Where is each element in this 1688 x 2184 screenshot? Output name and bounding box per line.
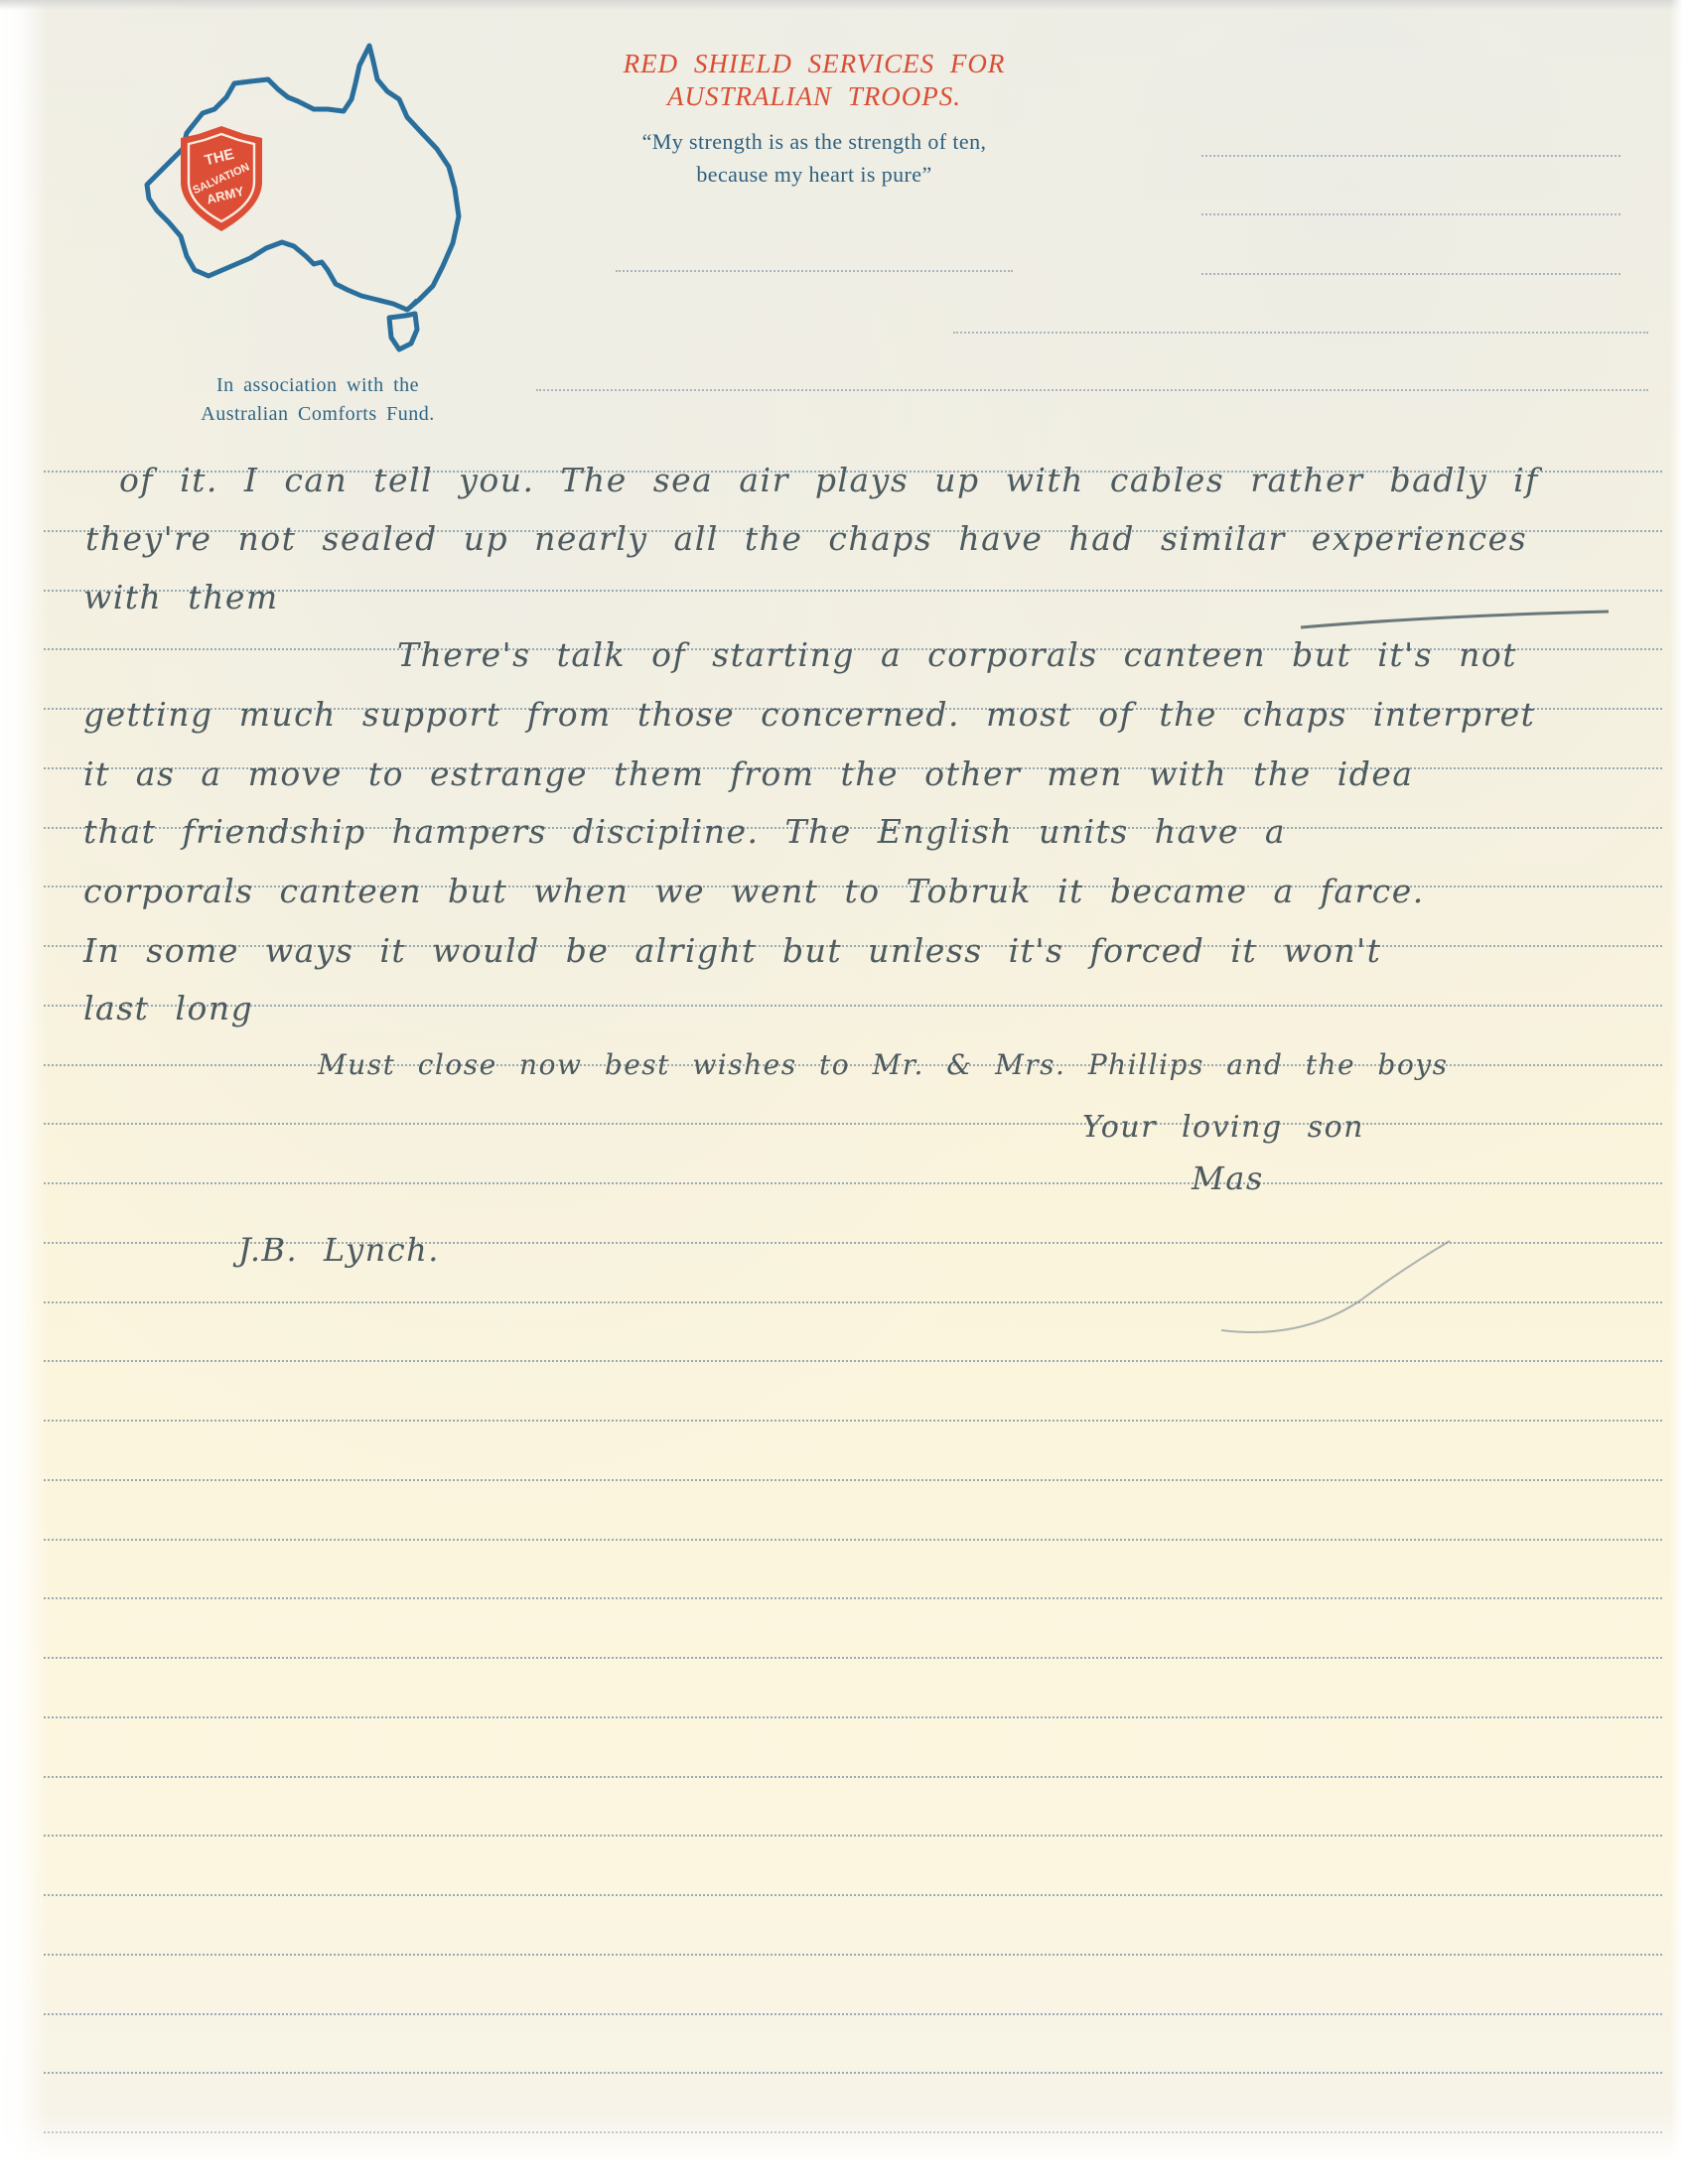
- scan-top-edge: [0, 0, 1688, 10]
- ruled-line: [44, 1360, 1662, 1362]
- ruled-line: [44, 1835, 1662, 1837]
- ruled-line: [44, 1954, 1662, 1956]
- censor-signature: J.B. Lynch.: [238, 1231, 440, 1269]
- ruled-line: [44, 1005, 1662, 1007]
- handwritten-line: corporals canteen but when we went to To…: [83, 872, 1425, 910]
- handwritten-line: it as a move to estrange them from the o…: [83, 754, 1414, 793]
- handwritten-line: There's talk of starting a corporals can…: [397, 635, 1517, 674]
- handwritten-line: last long: [83, 989, 253, 1027]
- handwritten-line: with them: [83, 578, 279, 616]
- ruled-line: [44, 1479, 1662, 1481]
- letter-page: THE SALVATION ARMY In association with t…: [0, 0, 1688, 2184]
- ruled-line: [44, 1182, 1662, 1184]
- letterhead-motto: “My strength is as the strength of ten, …: [516, 125, 1112, 191]
- ruled-line: [44, 1539, 1662, 1541]
- letterhead-emblem: THE SALVATION ARMY: [139, 40, 477, 357]
- letterhead-title-line-2: AUSTRALIAN TROOPS.: [516, 80, 1112, 113]
- association-line-2: Australian Comforts Fund.: [149, 400, 487, 429]
- handwritten-line: they're not sealed up nearly all the cha…: [85, 519, 1527, 558]
- signoff-line: Your loving son: [1082, 1110, 1364, 1145]
- signature: Mas: [1192, 1160, 1264, 1197]
- closing-line: Must close now best wishes to Mr. & Mrs.…: [318, 1048, 1449, 1081]
- ruled-line: [44, 1716, 1662, 1718]
- association-note: In association with the Australian Comfo…: [149, 371, 487, 429]
- ruled-line: [44, 2131, 1662, 2133]
- handwritten-line: of it. I can tell you. The sea air plays…: [119, 461, 1539, 499]
- ruled-line: [44, 2072, 1662, 2074]
- address-rule: [1201, 213, 1620, 215]
- ruled-line: [44, 1657, 1662, 1659]
- address-rule: [1201, 273, 1620, 275]
- handwritten-line: that friendship hampers discipline. The …: [83, 812, 1286, 851]
- motto-line-1: “My strength is as the strength of ten,: [516, 125, 1112, 158]
- pen-stroke-mark: [1281, 608, 1618, 637]
- ruled-line: [44, 2013, 1662, 2015]
- handwritten-line: In some ways it would be alright but unl…: [83, 931, 1381, 970]
- ruled-line: [44, 1776, 1662, 1778]
- tasmania-outline: [389, 314, 417, 349]
- salvation-army-red-shield-icon: THE SALVATION ARMY: [177, 124, 266, 233]
- association-line-1: In association with the: [149, 371, 487, 400]
- address-rule: [536, 389, 1648, 391]
- motto-line-2: because my heart is pure”: [516, 158, 1112, 191]
- ruled-line: [44, 1123, 1662, 1125]
- handwritten-line: getting much support from those concerne…: [83, 695, 1535, 734]
- address-rule: [953, 332, 1648, 334]
- ruled-line: [44, 1420, 1662, 1422]
- scan-right-edge: [1670, 0, 1688, 2184]
- ruled-line: [44, 1597, 1662, 1599]
- letterhead-title: RED SHIELD SERVICES FOR AUSTRALIAN TROOP…: [516, 48, 1112, 113]
- ruled-line: [44, 590, 1662, 592]
- date-rule: [616, 270, 1013, 272]
- letterhead-title-line-1: RED SHIELD SERVICES FOR: [516, 48, 1112, 80]
- address-rule: [1201, 155, 1620, 157]
- ruled-line: [44, 1894, 1662, 1896]
- pen-stroke-mark: [1211, 1231, 1509, 1350]
